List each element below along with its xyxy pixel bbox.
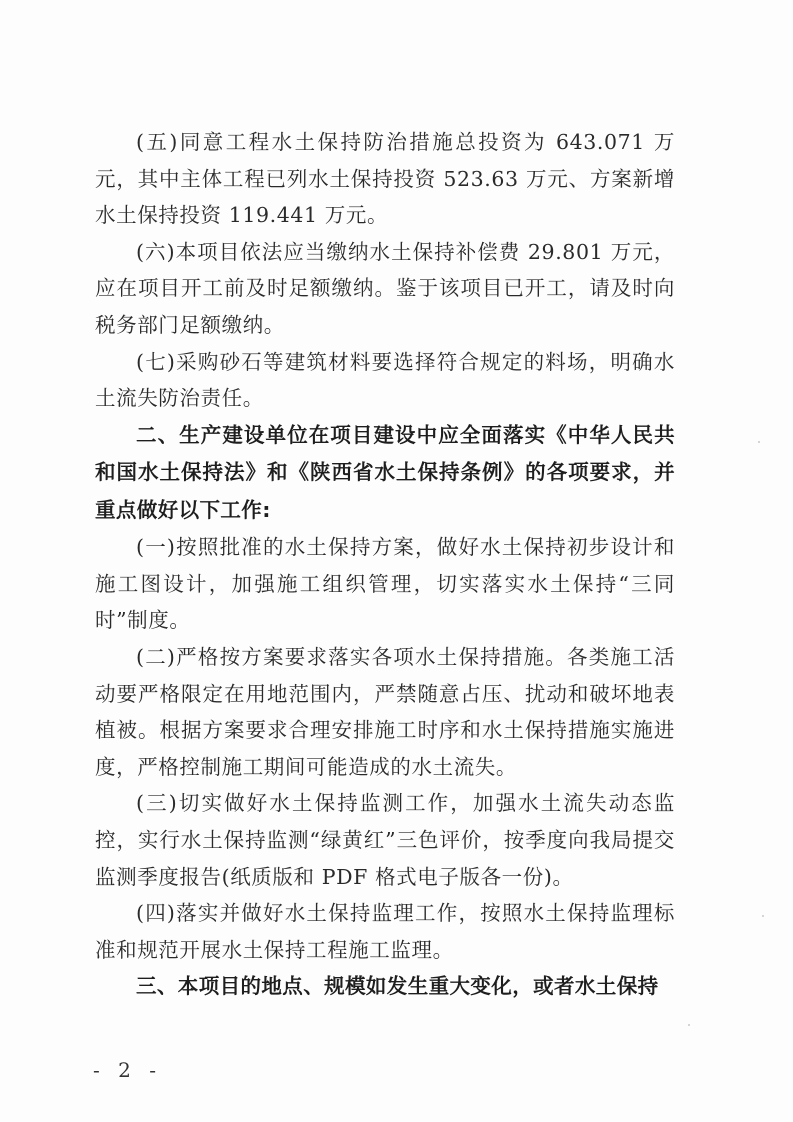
page-number: - 2 -: [93, 1058, 162, 1082]
document-page: (五)同意工程水土保持防治措施总投资为 643.071 万元，其中主体工程已列水…: [0, 0, 793, 1122]
paragraph-section-2-item-1: (一)按照批准的水土保持方案，做好水土保持初步设计和施工图设计，加强施工组织管理…: [95, 529, 675, 639]
section-heading-2: 二、生产建设单位在项目建设中应全面落实《中华人民共和国水土保持法》和《陕西省水土…: [95, 417, 675, 530]
paragraph-item-7: (七)采购砂石等建筑材料要选择符合规定的料场，明确水土流失防治责任。: [95, 344, 675, 417]
paragraph-section-2-item-3: (三)切实做好水土保持监测工作，加强水土流失动态监控，实行水土保持监测“绿黄红”…: [95, 785, 675, 895]
paragraph-item-6: (六)本项目依法应当缴纳水土保持补偿费 29.801 万元，应在项目开工前及时足…: [95, 234, 675, 344]
scan-speck: [758, 441, 760, 443]
document-body: (五)同意工程水土保持防治措施总投资为 643.071 万元，其中主体工程已列水…: [95, 124, 675, 1006]
paragraph-section-2-item-2: (二)严格按方案要求落实各项水土保持措施。各类施工活动要严格限定在用地范围内，严…: [95, 639, 675, 785]
section-heading-3: 三、本项目的地点、规模如发生重大变化，或者水土保持: [95, 968, 675, 1006]
scan-speck: [688, 1024, 690, 1026]
paragraph-item-5: (五)同意工程水土保持防治措施总投资为 643.071 万元，其中主体工程已列水…: [95, 124, 675, 234]
paragraph-section-2-item-4: (四)落实并做好水土保持监理工作，按照水土保持监理标准和规范开展水土保持工程施工…: [95, 895, 675, 968]
scan-speck: [762, 915, 764, 917]
